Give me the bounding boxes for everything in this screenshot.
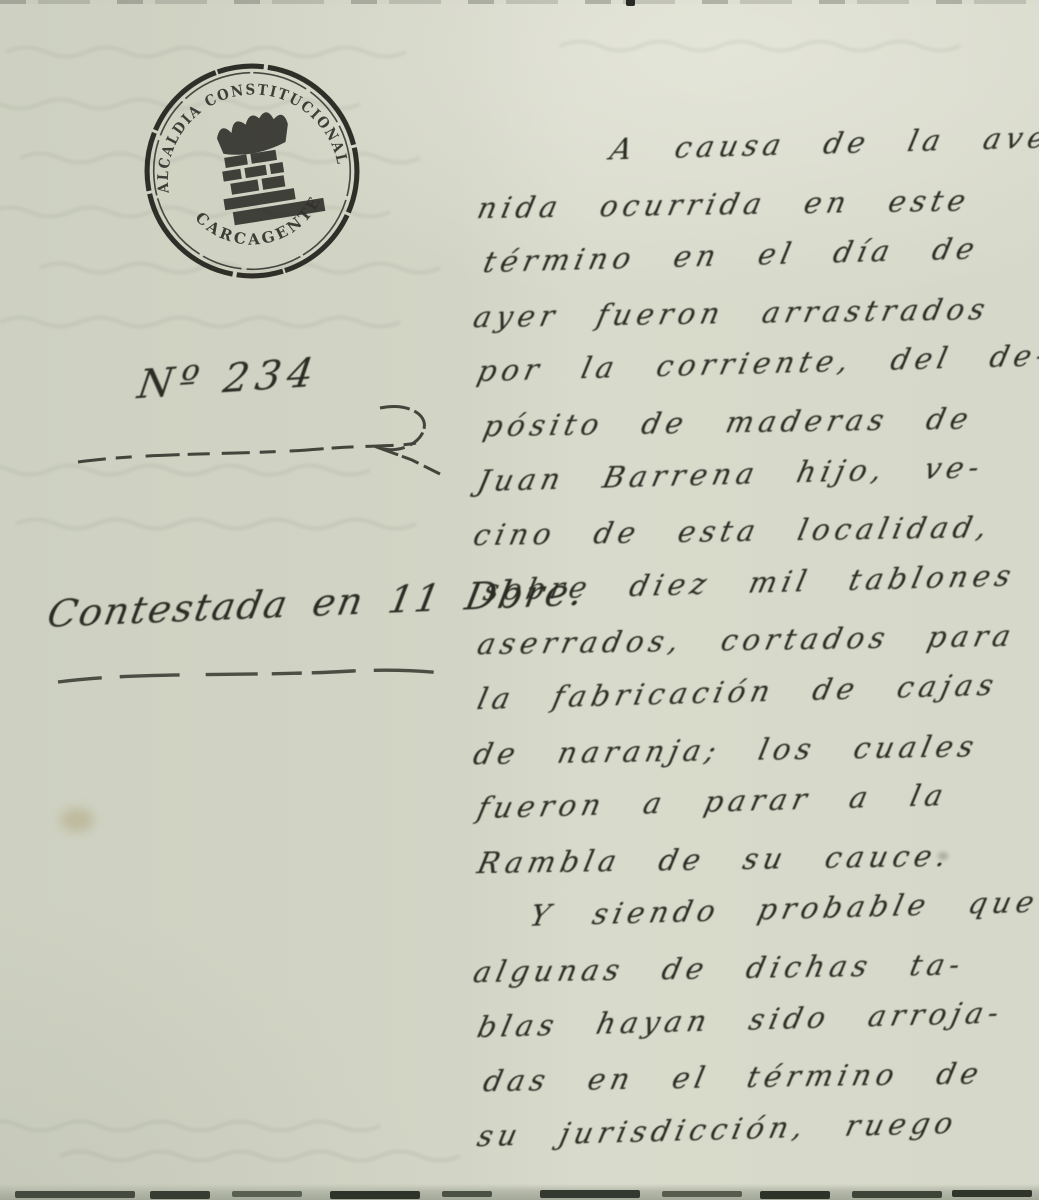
handwriting-line: A causa de la ave- [472, 110, 1039, 180]
scan-top-edge [0, 0, 1039, 4]
reply-underline-flourish [52, 662, 452, 690]
edge-blob [662, 1191, 742, 1197]
number-flourish [70, 402, 490, 482]
edge-blob [760, 1191, 830, 1199]
edge-blob [540, 1190, 640, 1198]
edge-blob [952, 1190, 1032, 1197]
registry-number: Nº 234 [135, 344, 405, 408]
scanned-letter-page: ALCALDIA CONSTITUCIONAL CARCAGENTE Nº 23… [0, 0, 1039, 1200]
seal-emblem-icon [211, 105, 325, 226]
letter-body: A causa de la ave- nida ocurrida en este… [478, 126, 1035, 1186]
bottom-page-edge [0, 1184, 1039, 1200]
municipal-seal: ALCALDIA CONSTITUCIONAL CARCAGENTE [141, 60, 363, 282]
edge-blob [15, 1191, 135, 1198]
paper-stain [60, 808, 94, 832]
reply-annotation: Contestada en 11 Dbre. [44, 574, 496, 636]
edge-blob [330, 1191, 420, 1199]
edge-blob [852, 1191, 942, 1198]
paper-speck [938, 852, 948, 860]
edge-blob [150, 1191, 210, 1199]
edge-blob [232, 1191, 302, 1197]
edge-blob [442, 1191, 492, 1197]
scan-top-mark [626, 0, 635, 6]
